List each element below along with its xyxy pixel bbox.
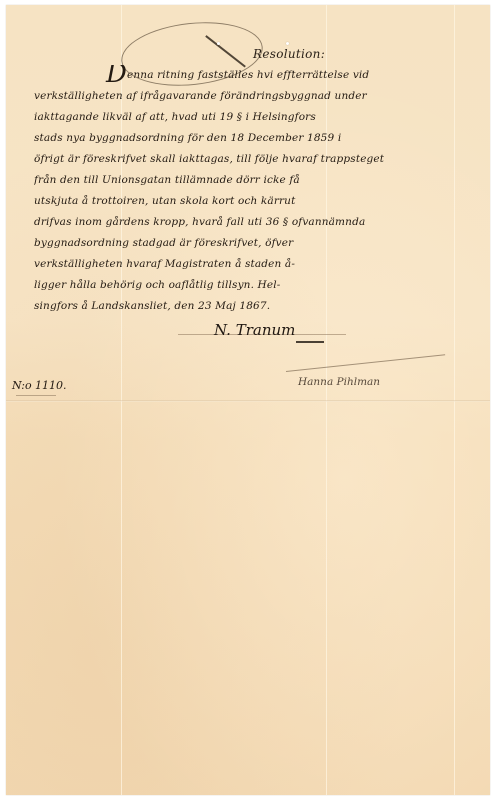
text-line: stads nya byggnadsordning för den 18 Dec…	[34, 128, 474, 149]
signature-swash	[296, 341, 324, 343]
text-line: verkställigheten hvaraf Magistraten å st…	[34, 254, 474, 275]
text-line: singfors å Landskansliet, den 23 Maj 186…	[34, 296, 474, 317]
document-heading: Resolution:	[253, 47, 325, 61]
registry-underline	[16, 395, 56, 396]
registry-number: N:o 1110.	[12, 379, 67, 392]
countersignature: Hanna Pihlman	[298, 376, 380, 388]
text-line: verkställigheten af ifrågavarande föränd…	[34, 86, 474, 107]
document-page: Resolution: Denna ritning fastställes hv…	[6, 5, 490, 795]
decorated-initial: D	[106, 65, 127, 86]
resolution-body: Denna ritning fastställes hvi effterrätt…	[34, 65, 474, 317]
horizontal-fold-crease	[6, 400, 490, 402]
text-line: Denna ritning fastställes hvi effterrätt…	[34, 65, 474, 86]
pinhole	[286, 42, 289, 45]
countersignature-stroke	[286, 354, 445, 372]
text-line: drifvas inom gårdens kropp, hvarå fall u…	[34, 212, 474, 233]
text-line: öfrigt är föreskrifvet skall iakttagas, …	[34, 149, 474, 170]
text-line: ligger hålla behörig och oaflåtlig tills…	[34, 275, 474, 296]
pinhole	[217, 42, 220, 45]
text-line: från den till Unionsgatan tillämnade dör…	[34, 170, 474, 191]
text-line: byggnadsordning stadgad är föreskrifvet,…	[34, 233, 474, 254]
text-line: iakttagande likväl af att, hvad uti 19 §…	[34, 107, 474, 128]
text-line: utskjuta å trottoiren, utan skola kort o…	[34, 191, 474, 212]
primary-signature: N. Tranum	[214, 321, 295, 339]
